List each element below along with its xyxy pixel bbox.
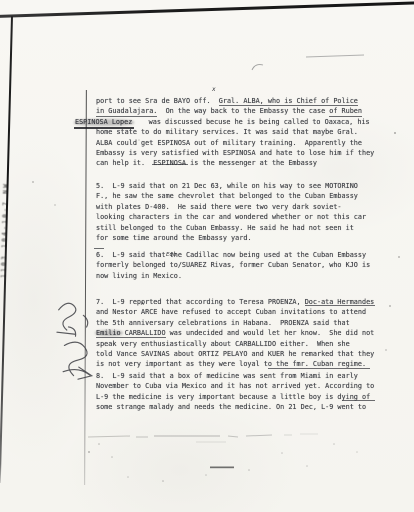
scanned-document-page: 1103 104-10-7 NW port to see Sra de BAYO… xyxy=(0,0,414,512)
scan-noise-overlay xyxy=(0,0,414,512)
